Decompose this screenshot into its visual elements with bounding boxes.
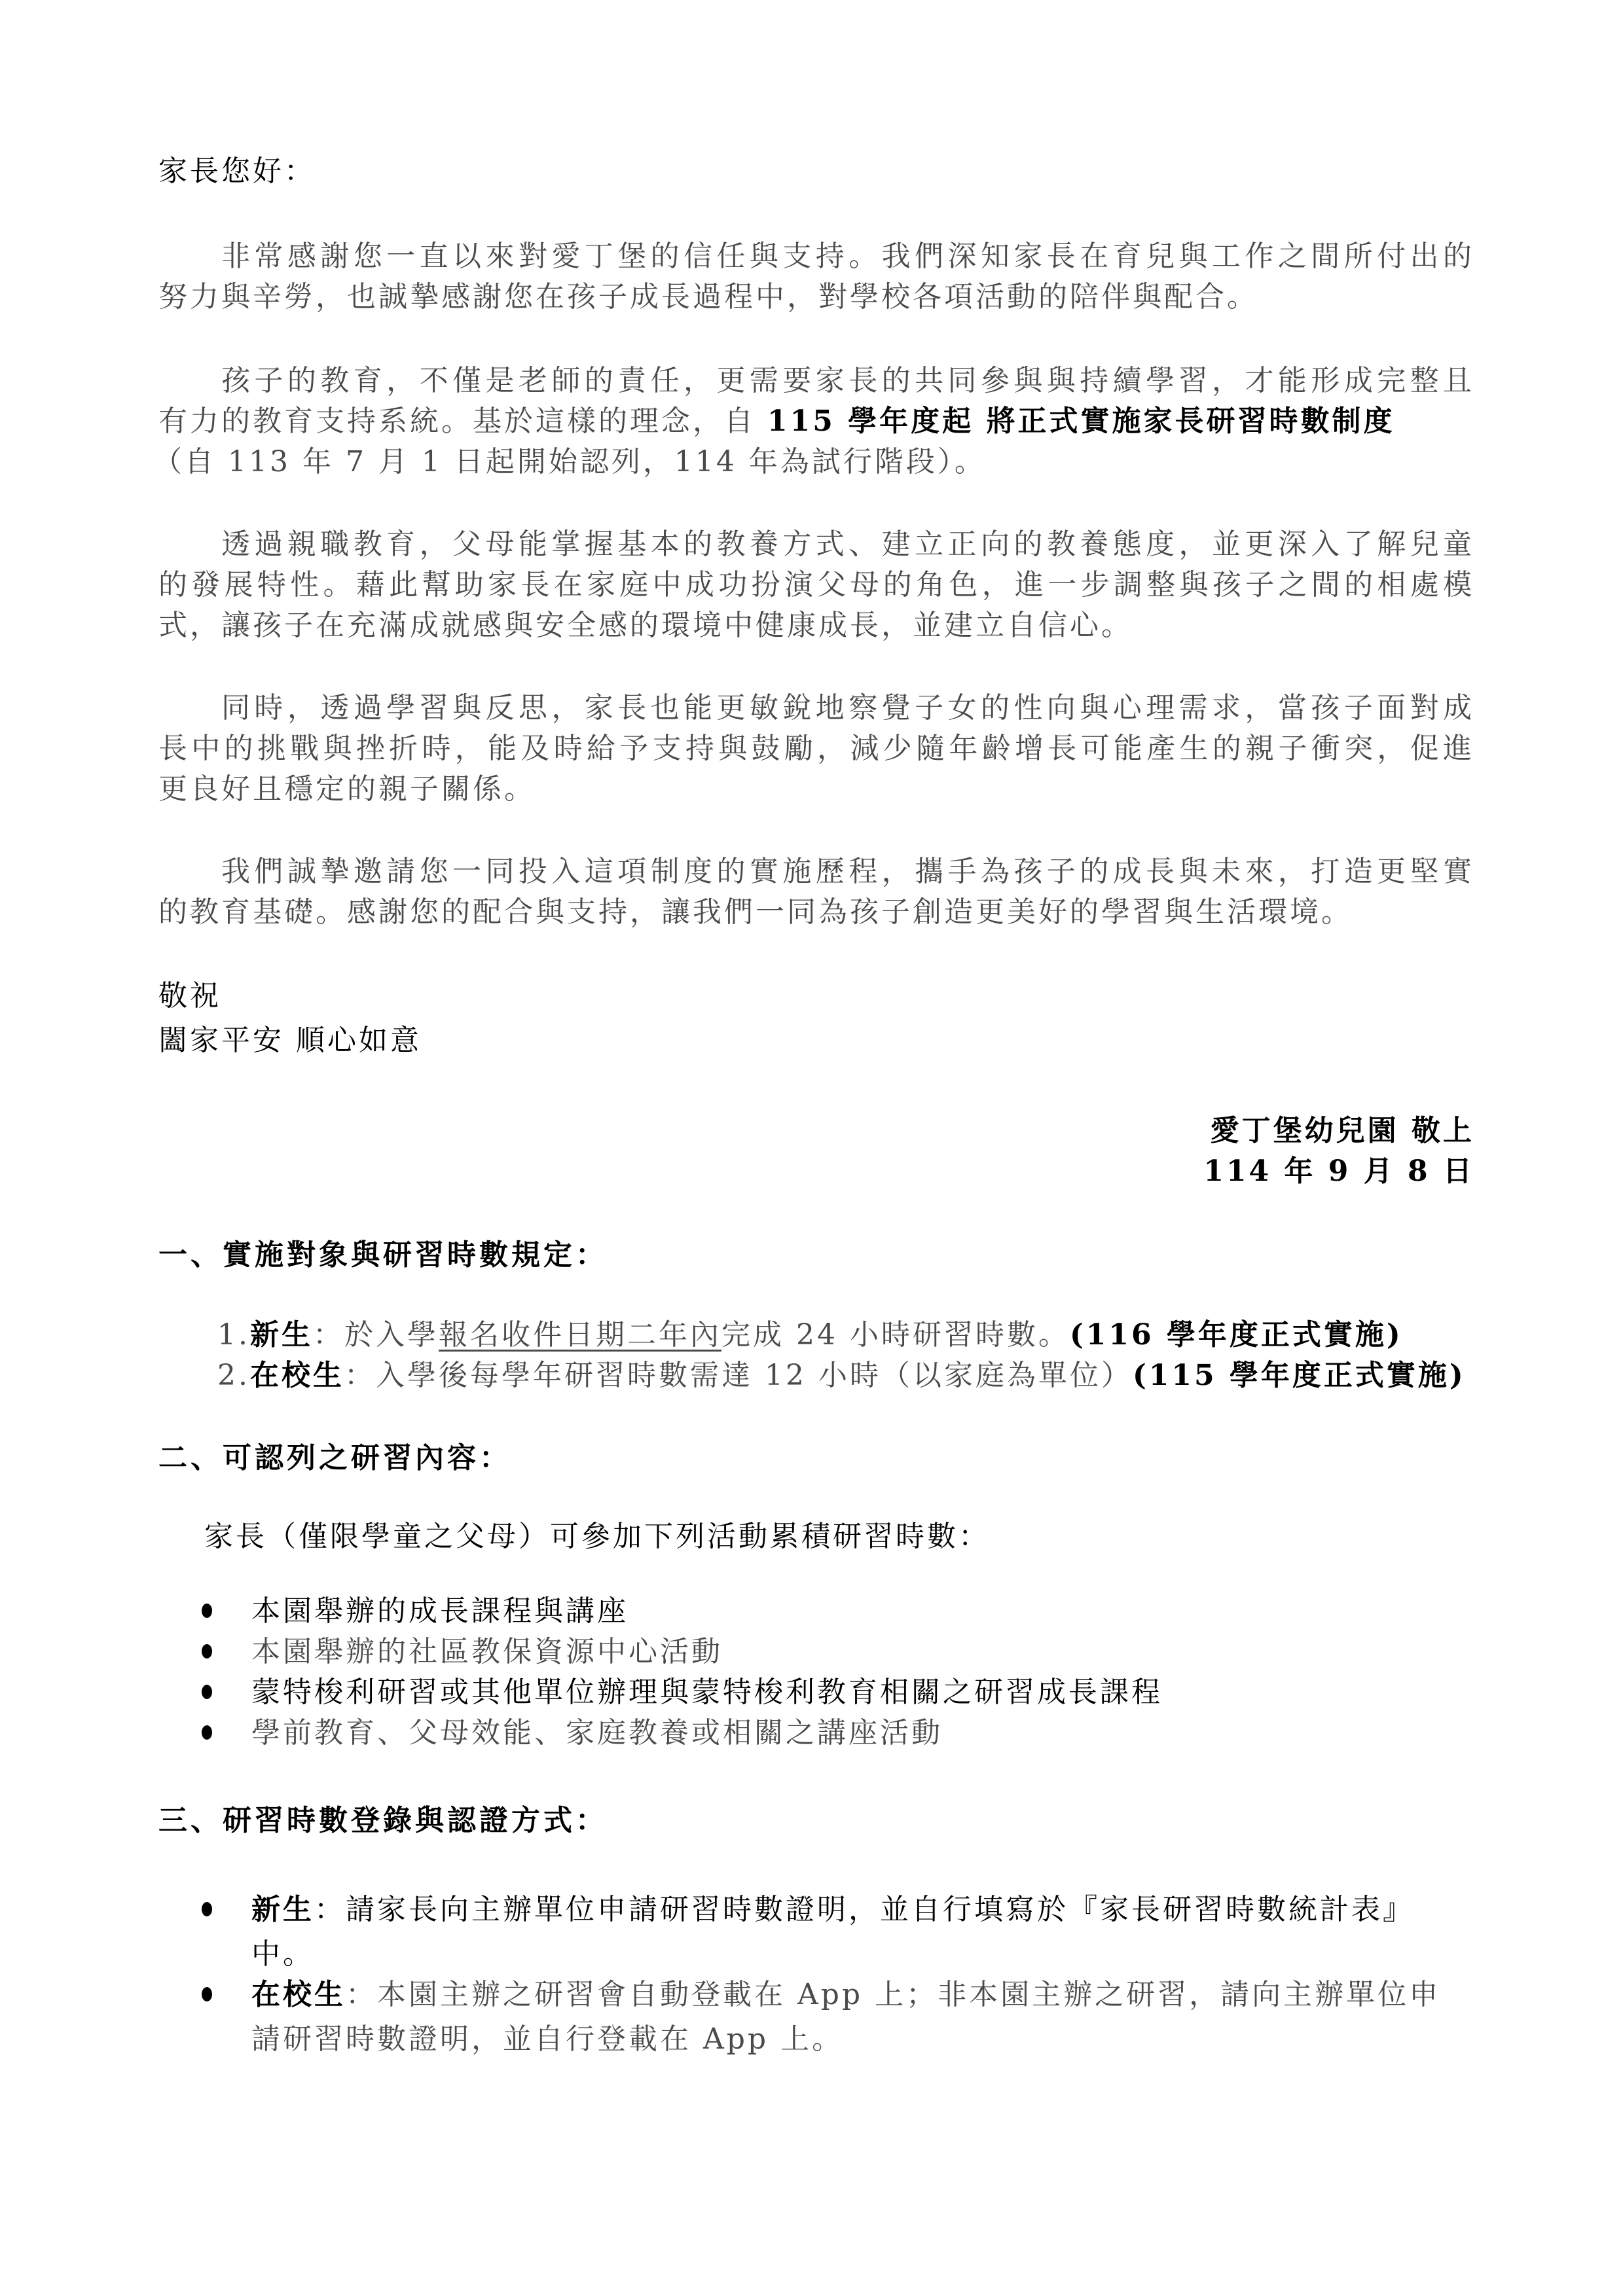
paragraph-line: 努力與辛勞，也誠摯感謝您在孩子成長過程中，對學校各項活動的陪伴與配合。	[158, 278, 1258, 317]
greeting: 家長您好：	[158, 152, 316, 191]
list-item: 學前教育、父母效能、家庭教養或相關之講座活動	[251, 1713, 943, 1753]
policy-highlight: 115 學年度起 將正式實施家長研習時數制度	[767, 404, 1395, 438]
requirement-item: 2.在校生：入學後每學年研習時數需達 12 小時（以家庭為單位）(115 學年度…	[217, 1356, 1466, 1395]
list-item: 本園舉辦的成長課程與講座	[251, 1592, 629, 1631]
list-item-continuation: 中。	[251, 1935, 314, 1974]
closing-wishes: 闔家平安 順心如意	[158, 1021, 422, 1060]
paragraph-line: 式，讓孩子在充滿成就感與安全感的環境中健康成長，並建立自信心。	[158, 606, 1133, 645]
paragraph-text: 有力的教育支持系統。基於這樣的理念，自	[158, 404, 767, 438]
paragraph-line: 透過親職教育，父母能掌握基本的教養方式、建立正向的教養態度，並更深入了解兒童	[221, 525, 1474, 564]
item-text: 完成 24 小時研習時數。	[721, 1318, 1070, 1352]
item-label: 新生	[250, 1318, 313, 1352]
bullet-icon	[202, 1685, 212, 1699]
item-note: (116 學年度正式實施)	[1070, 1318, 1403, 1352]
item-text: ：於入學	[313, 1318, 439, 1352]
paragraph-line: 非常感謝您一直以來對愛丁堡的信任與支持。我們深知家長在育兒與工作之間所付出的	[221, 237, 1474, 276]
list-item: 本園舉辦的社區教保資源中心活動	[251, 1632, 723, 1672]
bullet-icon	[202, 1902, 212, 1916]
paragraph-line: 更良好且穩定的親子關係。	[158, 770, 536, 809]
paragraph-line: 孩子的教育，不僅是老師的責任，更需要家長的共同參與與持續學習，才能形成完整且	[221, 361, 1474, 401]
signature-date: 114 年 9 月 8 日	[1203, 1152, 1474, 1191]
section-heading: 二、可認列之研習內容：	[158, 1439, 511, 1478]
bullet-icon	[202, 1987, 212, 2001]
paragraph-line: 的發展特性。藉此幫助家長在家庭中成功扮演父母的角色，進一步調整與孩子之間的相處模	[158, 565, 1474, 605]
item-text: ：入學後每學年研習時數需達 12 小時（以家庭為單位）	[344, 1359, 1133, 1392]
requirement-item: 1.新生：於入學報名收件日期二年內完成 24 小時研習時數。(116 學年度正式…	[217, 1316, 1403, 1355]
item-text: ：本園主辦之研習會自動登載在 App 上；非本園主辦之研習，請向主辦單位申	[346, 1978, 1440, 2011]
paragraph-line: （自 113 年 7 月 1 日起開始認列，114 年為試行階段）。	[153, 442, 986, 482]
item-number: 2.	[217, 1359, 250, 1392]
signature-org: 愛丁堡幼兒園 敬上	[1211, 1111, 1474, 1151]
bullet-icon	[202, 1644, 212, 1659]
paragraph-line: 有力的教育支持系統。基於這樣的理念，自 115 學年度起 將正式實施家長研習時數…	[158, 402, 1395, 441]
item-label: 新生	[251, 1893, 314, 1926]
item-note: (115 學年度正式實施)	[1133, 1359, 1466, 1392]
item-text: ：請家長向主辦單位申請研習時數證明，並自行填寫於『家長研習時數統計表』	[314, 1893, 1414, 1926]
paragraph-line: 長中的挑戰與挫折時，能及時給予支持與鼓勵，減少隨年齡增長可能產生的親子衝突，促進	[158, 729, 1474, 768]
paragraph-line: 我們誠摯邀請您一同投入這項制度的實施歷程，攜手為孩子的成長與未來，打造更堅實	[221, 852, 1474, 891]
list-item-continuation: 請研習時數證明，並自行登載在 App 上。	[251, 2020, 843, 2059]
section-intro: 家長（僅限學童之父母）可參加下列活動累積研習時數：	[204, 1517, 990, 1556]
item-label: 在校生	[251, 1978, 346, 2011]
bullet-icon	[202, 1604, 212, 1618]
item-number: 1.	[217, 1318, 250, 1352]
list-item: 新生：請家長向主辦單位申請研習時數證明，並自行填寫於『家長研習時數統計表』	[251, 1890, 1414, 1929]
item-underlined-text: 報名收件日期二年內	[439, 1318, 721, 1352]
paragraph-line: 同時，透過學習與反思，家長也能更敏銳地察覺子女的性向與心理需求，當孩子面對成	[221, 689, 1474, 728]
section-heading: 三、研習時數登錄與認證方式：	[158, 1801, 608, 1840]
section-heading: 一、實施對象與研習時數規定：	[158, 1236, 608, 1275]
bullet-icon	[202, 1725, 212, 1740]
list-item: 蒙特梭利研習或其他單位辦理與蒙特梭利教育相關之研習成長課程	[251, 1673, 1163, 1712]
list-item: 在校生：本園主辦之研習會自動登載在 App 上；非本園主辦之研習，請向主辦單位申	[251, 1975, 1440, 2015]
closing-salutation: 敬祝	[158, 977, 221, 1016]
item-label: 在校生	[250, 1359, 344, 1392]
paragraph-line: 的教育基礎。感謝您的配合與支持，讓我們一同為孩子創造更美好的學習與生活環境。	[158, 893, 1353, 932]
